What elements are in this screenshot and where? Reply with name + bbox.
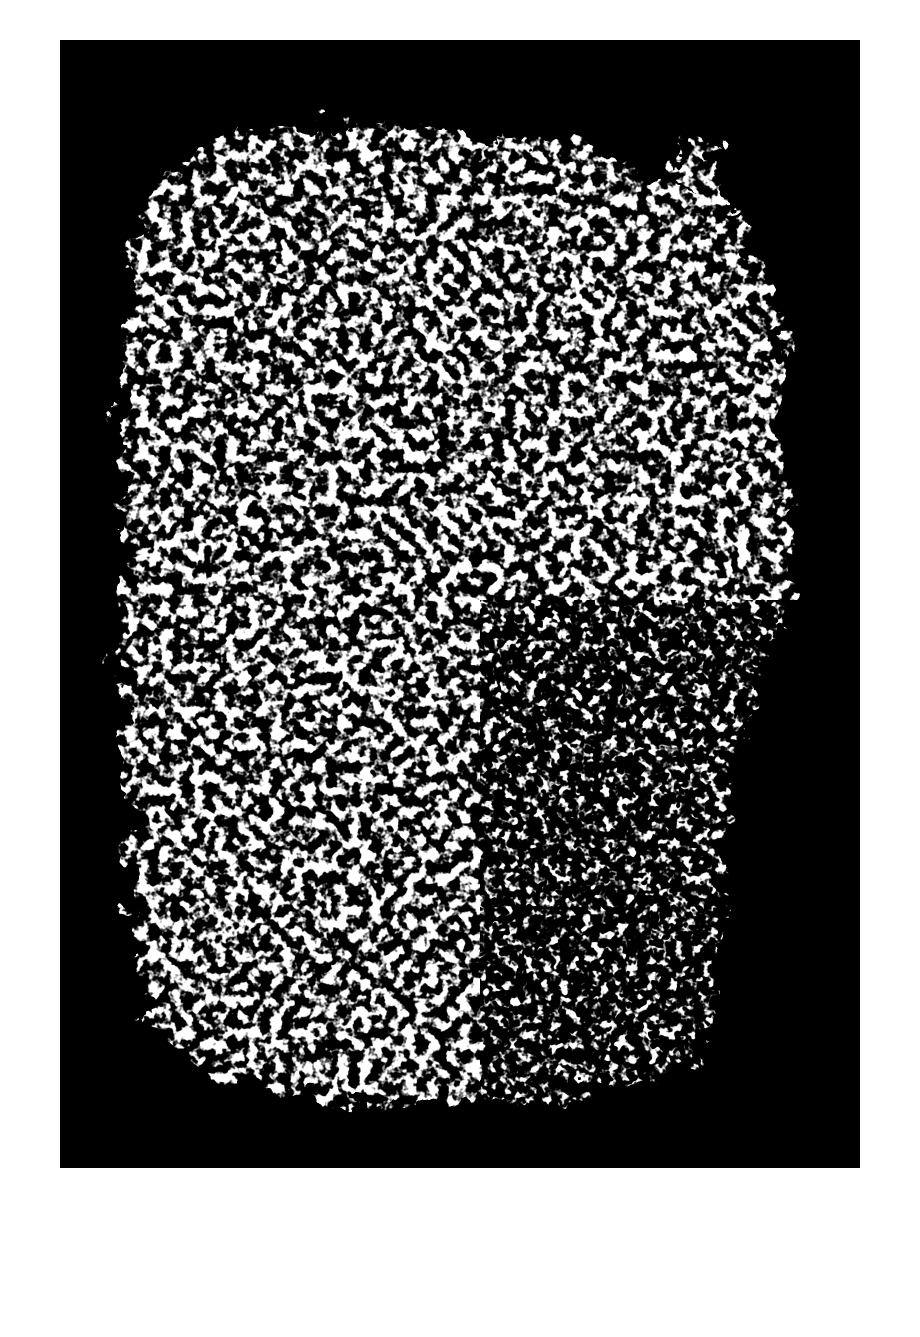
- image-description: Black rectangular frame containing a whi…: [0, 0, 1, 1]
- grunge-texture: [60, 40, 860, 1168]
- grunge-frame: [60, 40, 860, 1168]
